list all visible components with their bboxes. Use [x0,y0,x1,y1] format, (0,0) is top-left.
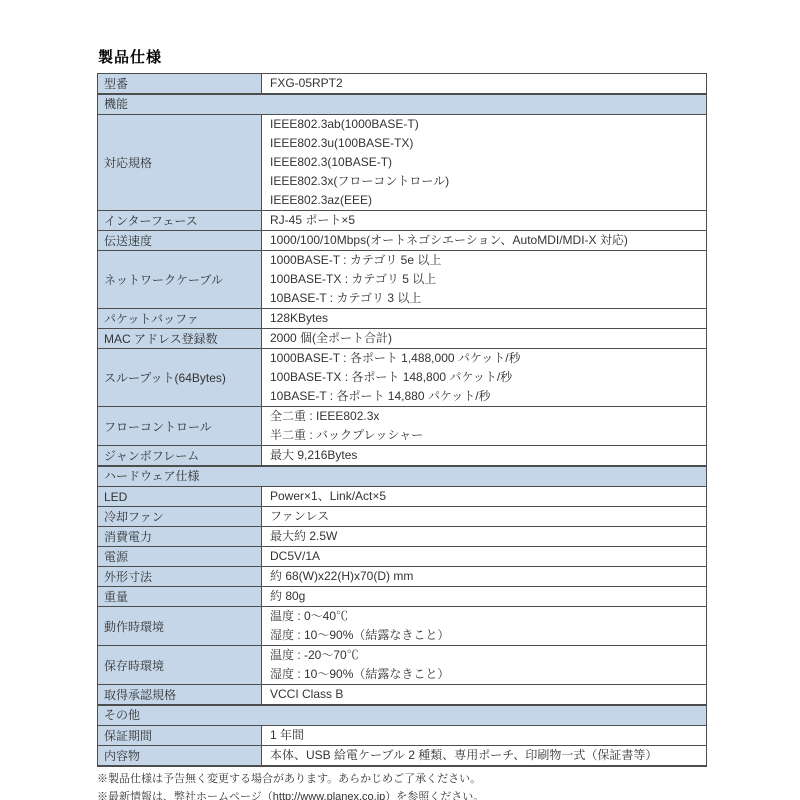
spec-value-line: 100BASE-TX : カテゴリ 5 以上 [270,270,702,289]
spec-value: RJ-45 ポート×5 [262,211,707,231]
spec-value-line: 最大 9,216Bytes [270,446,702,465]
spec-value: 1 年間 [262,726,707,746]
spec-section-hardware: ハードウェア仕様 [98,466,707,487]
spec-value-line: 10BASE-T : カテゴリ 3 以上 [270,289,702,308]
spec-row-power-supply: 電源 DC5V/1A [98,547,707,567]
footnote-website: ※最新情報は、弊社ホームページ（http://www.planex.co.jp）… [97,788,707,800]
spec-value: IEEE802.3ab(1000BASE-T) IEEE802.3u(100BA… [262,115,707,211]
spec-value: 温度 : -20～70℃ 湿度 : 10～90%（結露なきこと） [262,646,707,685]
spec-value-line: 100BASE-TX : 各ポート 148,800 パケット/秒 [270,368,702,387]
spec-value: ファンレス [262,507,707,527]
spec-label: ネットワークケーブル [98,251,262,309]
spec-value-line: 1000/100/10Mbps(オートネゴシエーション、AutoMDI/MDI-… [270,231,702,250]
spec-label: LED [98,487,262,507]
spec-value: VCCI Class B [262,685,707,706]
spec-section-functions: 機能 [98,94,707,115]
spec-value-line: 湿度 : 10～90%（結露なきこと） [270,626,702,645]
spec-value-line: 約 68(W)x22(H)x70(D) mm [270,567,702,586]
spec-label: 型番 [98,74,262,95]
page-title: 製品仕様 [98,46,800,67]
spec-value: 128KBytes [262,309,707,329]
spec-value-line: 1000BASE-T : 各ポート 1,488,000 パケット/秒 [270,349,702,368]
spec-row-power-consumption: 消費電力 最大約 2.5W [98,527,707,547]
spec-value: 約 80g [262,587,707,607]
spec-label: 対応規格 [98,115,262,211]
spec-value: 1000/100/10Mbps(オートネゴシエーション、AutoMDI/MDI-… [262,231,707,251]
spec-label: 伝送速度 [98,231,262,251]
spec-section-other: その他 [98,705,707,726]
spec-label: 保証期間 [98,726,262,746]
spec-value: 本体、USB 給電ケーブル 2 種類、専用ポーチ、印刷物一式（保証書等） [262,746,707,767]
spec-label: 冷却ファン [98,507,262,527]
spec-value-line: 1 年間 [270,726,702,745]
spec-label: 重量 [98,587,262,607]
spec-label: 取得承認規格 [98,685,262,706]
spec-label: 外形寸法 [98,567,262,587]
spec-value-line: 2000 個(全ポート合計) [270,329,702,348]
spec-label: MAC アドレス登録数 [98,329,262,349]
spec-label: 消費電力 [98,527,262,547]
spec-row-buffer: パケットバッファ 128KBytes [98,309,707,329]
spec-label: フローコントロール [98,407,262,446]
spec-value: 約 68(W)x22(H)x70(D) mm [262,567,707,587]
spec-value: Power×1、Link/Act×5 [262,487,707,507]
spec-value-line: 温度 : -20～70℃ [270,646,702,665]
spec-value-line: IEEE802.3(10BASE-T) [270,153,702,172]
spec-row-mac: MAC アドレス登録数 2000 個(全ポート合計) [98,329,707,349]
spec-value-line: RJ-45 ポート×5 [270,211,702,230]
section-header: 機能 [98,94,707,115]
spec-value-line: IEEE802.3x(フローコントロール) [270,172,702,191]
footnotes: ※製品仕様は予告無く変更する場合があります。あらかじめご了承ください。 ※最新情… [97,770,707,800]
spec-label: 動作時環境 [98,607,262,646]
spec-value-line: ファンレス [270,507,702,526]
spec-label: スループット(64Bytes) [98,349,262,407]
spec-row-speed: 伝送速度 1000/100/10Mbps(オートネゴシエーション、AutoMDI… [98,231,707,251]
spec-row-dimensions: 外形寸法 約 68(W)x22(H)x70(D) mm [98,567,707,587]
spec-value: 最大約 2.5W [262,527,707,547]
spec-value: 1000BASE-T : 各ポート 1,488,000 パケット/秒 100BA… [262,349,707,407]
section-header: その他 [98,705,707,726]
spec-value-line: VCCI Class B [270,685,702,704]
spec-row-flowcontrol: フローコントロール 全二重 : IEEE802.3x 半二重 : バックプレッシ… [98,407,707,446]
spec-row-model: 型番 FXG-05RPT2 [98,74,707,95]
spec-value-line: IEEE802.3u(100BASE-TX) [270,134,702,153]
spec-value-line: 湿度 : 10～90%（結露なきこと） [270,665,702,684]
spec-label: ジャンボフレーム [98,446,262,467]
spec-value-line: Power×1、Link/Act×5 [270,487,702,506]
spec-value-line: 温度 : 0～40℃ [270,607,702,626]
spec-value-line: 10BASE-T : 各ポート 14,880 パケット/秒 [270,387,702,406]
spec-value-line: 全二重 : IEEE802.3x [270,407,702,426]
spec-label: 電源 [98,547,262,567]
spec-row-contents: 内容物 本体、USB 給電ケーブル 2 種類、専用ポーチ、印刷物一式（保証書等） [98,746,707,767]
spec-row-interface: インターフェース RJ-45 ポート×5 [98,211,707,231]
spec-row-cable: ネットワークケーブル 1000BASE-T : カテゴリ 5e 以上 100BA… [98,251,707,309]
spec-value-line: IEEE802.3ab(1000BASE-T) [270,115,702,134]
spec-value: FXG-05RPT2 [262,74,707,95]
spec-value-line: FXG-05RPT2 [270,74,702,93]
spec-value-line: 1000BASE-T : カテゴリ 5e 以上 [270,251,702,270]
spec-value-line: 128KBytes [270,309,702,328]
spec-label: 保存時環境 [98,646,262,685]
spec-row-jumbo: ジャンボフレーム 最大 9,216Bytes [98,446,707,467]
spec-table: 型番 FXG-05RPT2 機能 対応規格 IEEE802.3ab(1000BA… [97,73,707,767]
spec-page: 製品仕様 型番 FXG-05RPT2 機能 対応規格 IEEE802.3ab(1… [0,0,800,800]
spec-row-standards: 対応規格 IEEE802.3ab(1000BASE-T) IEEE802.3u(… [98,115,707,211]
spec-value-line: 半二重 : バックプレッシャー [270,426,702,445]
spec-row-fan: 冷却ファン ファンレス [98,507,707,527]
section-header: ハードウェア仕様 [98,466,707,487]
spec-value: DC5V/1A [262,547,707,567]
spec-value-line: DC5V/1A [270,547,702,566]
spec-value: 温度 : 0～40℃ 湿度 : 10～90%（結露なきこと） [262,607,707,646]
spec-value: 最大 9,216Bytes [262,446,707,467]
spec-value-line: 約 80g [270,587,702,606]
spec-row-warranty: 保証期間 1 年間 [98,726,707,746]
spec-label: パケットバッファ [98,309,262,329]
spec-value-line: 本体、USB 給電ケーブル 2 種類、専用ポーチ、印刷物一式（保証書等） [270,746,702,765]
spec-row-certification: 取得承認規格 VCCI Class B [98,685,707,706]
footnote-spec-change: ※製品仕様は予告無く変更する場合があります。あらかじめご了承ください。 [97,770,707,788]
spec-value: 1000BASE-T : カテゴリ 5e 以上 100BASE-TX : カテゴ… [262,251,707,309]
spec-row-throughput: スループット(64Bytes) 1000BASE-T : 各ポート 1,488,… [98,349,707,407]
spec-value-line: IEEE802.3az(EEE) [270,191,702,210]
spec-row-operating-env: 動作時環境 温度 : 0～40℃ 湿度 : 10～90%（結露なきこと） [98,607,707,646]
spec-value: 2000 個(全ポート合計) [262,329,707,349]
spec-value-line: 最大約 2.5W [270,527,702,546]
spec-row-led: LED Power×1、Link/Act×5 [98,487,707,507]
spec-label: 内容物 [98,746,262,767]
spec-row-storage-env: 保存時環境 温度 : -20～70℃ 湿度 : 10～90%（結露なきこと） [98,646,707,685]
spec-label: インターフェース [98,211,262,231]
spec-row-weight: 重量 約 80g [98,587,707,607]
spec-value: 全二重 : IEEE802.3x 半二重 : バックプレッシャー [262,407,707,446]
